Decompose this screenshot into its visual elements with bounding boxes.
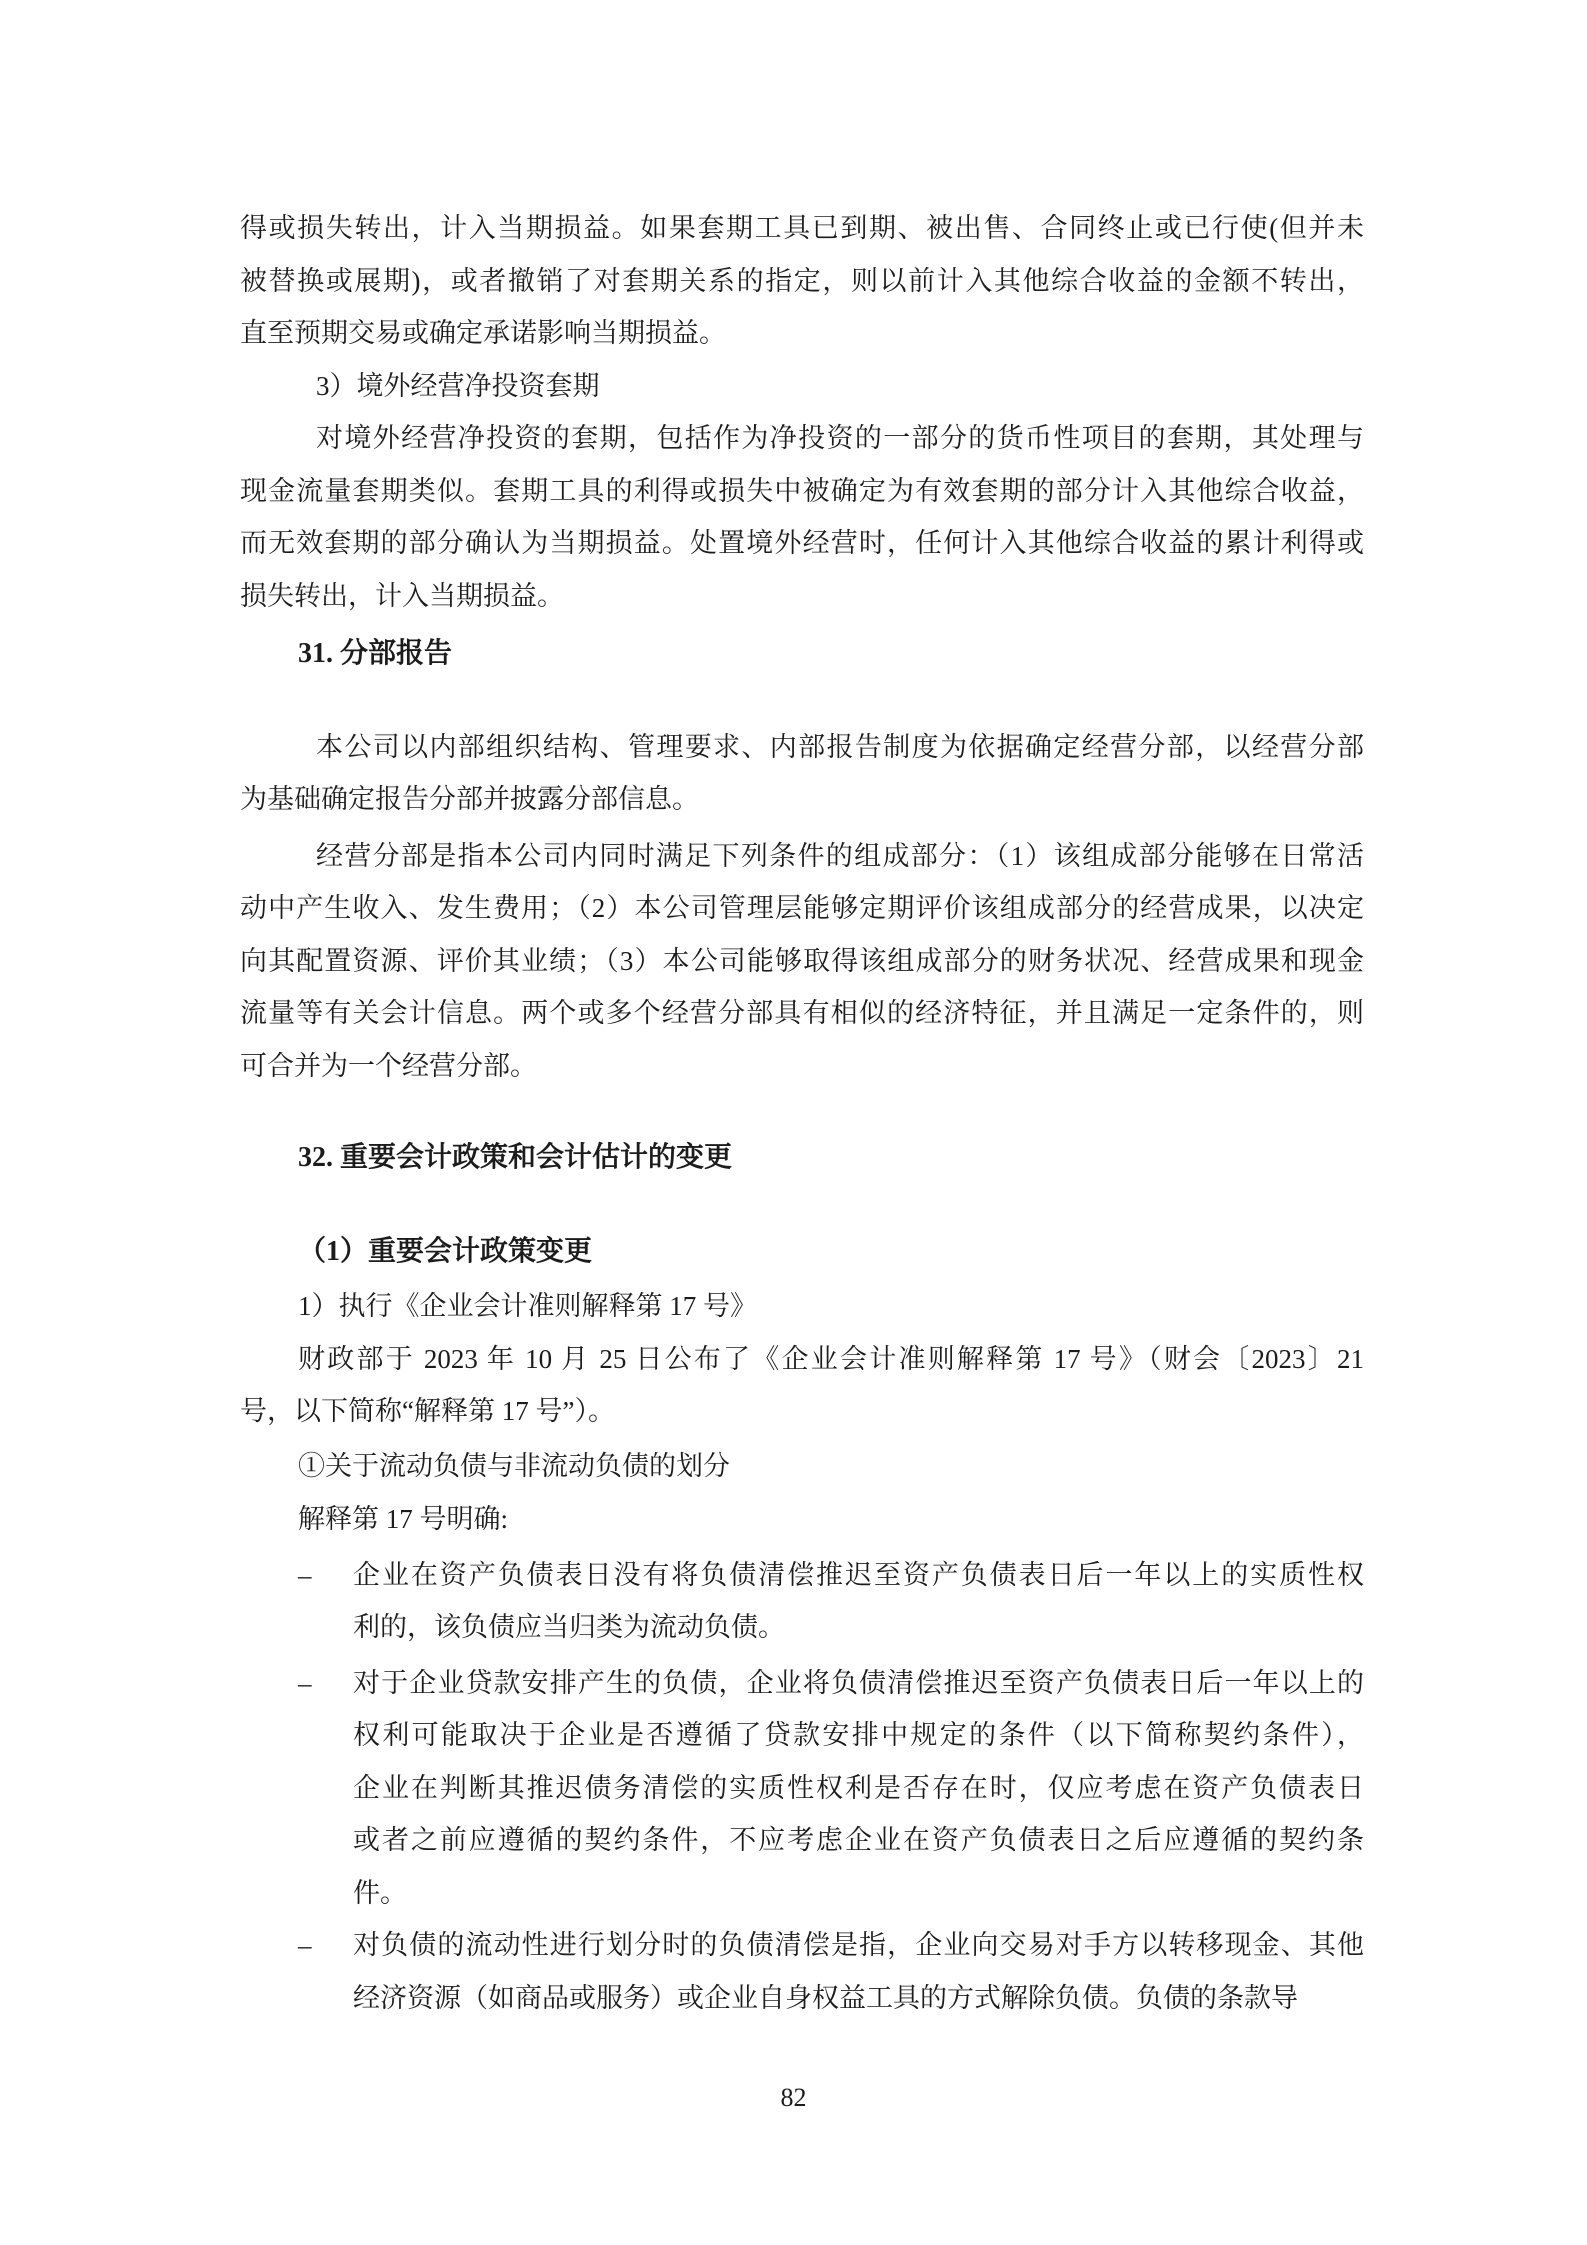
para-segment-criteria: 经营分部是指本公司内同时满足下列条件的组成部分：（1）该组成部分能够在日常活动中… bbox=[240, 830, 1364, 1093]
text-line: 可合并为一个经营分部。 bbox=[240, 1040, 1364, 1093]
text-line: 或者之前应遵循的契约条件，不应考虑企业在资产负债表日之后应遵循的契约条 bbox=[353, 1814, 1364, 1867]
text-line: 32. 重要会计政策和会计估计的变更 bbox=[240, 1132, 1364, 1185]
text-line: 对于企业贷款安排产生的负债，企业将负债清偿推迟至资产负债表日后一年以上的 bbox=[353, 1657, 1364, 1710]
bullet-dash-marker: – bbox=[298, 1919, 312, 1972]
text-line: 向其配置资源、评价其业绩；（3）本公司能够取得该组成部分的财务状况、经营成果和现… bbox=[240, 935, 1364, 988]
text-line: （1）重要会计政策变更 bbox=[240, 1226, 1364, 1279]
text-line: 损失转出，计入当期损益。 bbox=[240, 570, 1364, 623]
text-line: 企业在判断其推迟债务清偿的实质性权利是否存在时，仅应考虑在资产负债表日 bbox=[353, 1762, 1364, 1815]
bullet-dash-marker: – bbox=[298, 1657, 312, 1710]
text-line: 流量等有关会计信息。两个或多个经营分部具有相似的经济特征，并且满足一定条件的，则 bbox=[240, 987, 1364, 1040]
text-line: 解释第 17 号明确: bbox=[240, 1493, 1364, 1546]
page-number: 82 bbox=[0, 2072, 1587, 2124]
document-page: 得或损失转出，计入当期损益。如果套期工具已到期、被出售、合同终止或已行使(但并未… bbox=[0, 0, 1587, 2245]
text-line: 企业在资产负债表日没有将负债清偿推迟至资产负债表日后一年以上的实质性权 bbox=[353, 1549, 1364, 1602]
text-line: 利的，该负债应当归类为流动负债。 bbox=[353, 1601, 1364, 1654]
bullet-loan-arrangement: –对于企业贷款安排产生的负债，企业将负债清偿推迟至资产负债表日后一年以上的权利可… bbox=[240, 1657, 1364, 1920]
para-hedge-termination: 得或损失转出，计入当期损益。如果套期工具已到期、被出售、合同终止或已行使(但并未… bbox=[240, 202, 1364, 360]
text-line: 直至预期交易或确定承诺影响当期损益。 bbox=[240, 307, 1364, 360]
text-line: 得或损失转出，计入当期损益。如果套期工具已到期、被出售、合同终止或已行使(但并未 bbox=[240, 202, 1364, 255]
bullet-settlement-definition: –对负债的流动性进行划分时的负债清偿是指，企业向交易对手方以转移现金、其他经济资… bbox=[240, 1919, 1364, 2024]
heading-32-accounting-policy-changes: 32. 重要会计政策和会计估计的变更 bbox=[240, 1132, 1364, 1185]
item-3-net-investment-hedge-title: 3）境外经营净投资套期 bbox=[240, 360, 1364, 413]
text-line: 权利可能取决于企业是否遵循了贷款安排中规定的条件（以下简称契约条件）， bbox=[353, 1709, 1364, 1762]
text-line: 31. 分部报告 bbox=[240, 628, 1364, 681]
bullet-dash-marker: – bbox=[298, 1549, 312, 1602]
item-1-interpretation-17: 1）执行《企业会计准则解释第 17 号》 bbox=[240, 1280, 1364, 1333]
bullet-substantive-right: –企业在资产负债表日没有将负债清偿推迟至资产负债表日后一年以上的实质性权利的，该… bbox=[240, 1549, 1364, 1654]
para-net-investment-hedge: 对境外经营净投资的套期，包括作为净投资的一部分的货币性项目的套期，其处理与现金流… bbox=[240, 412, 1364, 622]
text-line: 为基础确定报告分部并披露分部信息。 bbox=[240, 773, 1364, 826]
text-line: 财政部于 2023 年 10 月 25 日公布了《企业会计准则解释第 17 号》… bbox=[240, 1333, 1364, 1386]
text-line: 件。 bbox=[353, 1867, 1364, 1920]
text-line: 对负债的流动性进行划分时的负债清偿是指，企业向交易对手方以转移现金、其他 bbox=[353, 1919, 1364, 1972]
para-segment-basis: 本公司以内部组织结构、管理要求、内部报告制度为依据确定经营分部，以经营分部为基础… bbox=[240, 721, 1364, 826]
heading-1-policy-changes: （1）重要会计政策变更 bbox=[240, 1226, 1364, 1279]
text-line: 号，以下简称“解释第 17 号”）。 bbox=[240, 1385, 1364, 1438]
text-line: 本公司以内部组织结构、管理要求、内部报告制度为依据确定经营分部，以经营分部 bbox=[240, 721, 1364, 774]
text-line: 经济资源（如商品或服务）或企业自身权益工具的方式解除负债。负债的条款导 bbox=[353, 1972, 1364, 2025]
text-line: 而无效套期的部分确认为当期损益。处置境外经营时，任何计入其他综合收益的累计利得或 bbox=[240, 517, 1364, 570]
text-line: ①关于流动负债与非流动负债的划分 bbox=[240, 1440, 1364, 1493]
text-line: 1）执行《企业会计准则解释第 17 号》 bbox=[240, 1280, 1364, 1333]
heading-31-segment-reporting: 31. 分部报告 bbox=[240, 628, 1364, 681]
text-line: 对境外经营净投资的套期，包括作为净投资的一部分的货币性项目的套期，其处理与 bbox=[240, 412, 1364, 465]
text-line: 动中产生收入、发生费用；（2）本公司管理层能够定期评价该组成部分的经营成果，以决… bbox=[240, 882, 1364, 935]
item-circle1-liability-classification: ①关于流动负债与非流动负债的划分 bbox=[240, 1440, 1364, 1493]
page-content: 得或损失转出，计入当期损益。如果套期工具已到期、被出售、合同终止或已行使(但并未… bbox=[240, 202, 1364, 2024]
para-interpretation-clarifies: 解释第 17 号明确: bbox=[240, 1493, 1364, 1546]
text-line: 3）境外经营净投资套期 bbox=[240, 360, 1364, 413]
para-mof-announcement: 财政部于 2023 年 10 月 25 日公布了《企业会计准则解释第 17 号》… bbox=[240, 1333, 1364, 1438]
text-line: 被替换或展期)，或者撤销了对套期关系的指定，则以前计入其他综合收益的金额不转出， bbox=[240, 255, 1364, 308]
text-line: 现金流量套期类似。套期工具的利得或损失中被确定为有效套期的部分计入其他综合收益， bbox=[240, 465, 1364, 518]
text-line: 经营分部是指本公司内同时满足下列条件的组成部分：（1）该组成部分能够在日常活 bbox=[240, 830, 1364, 883]
